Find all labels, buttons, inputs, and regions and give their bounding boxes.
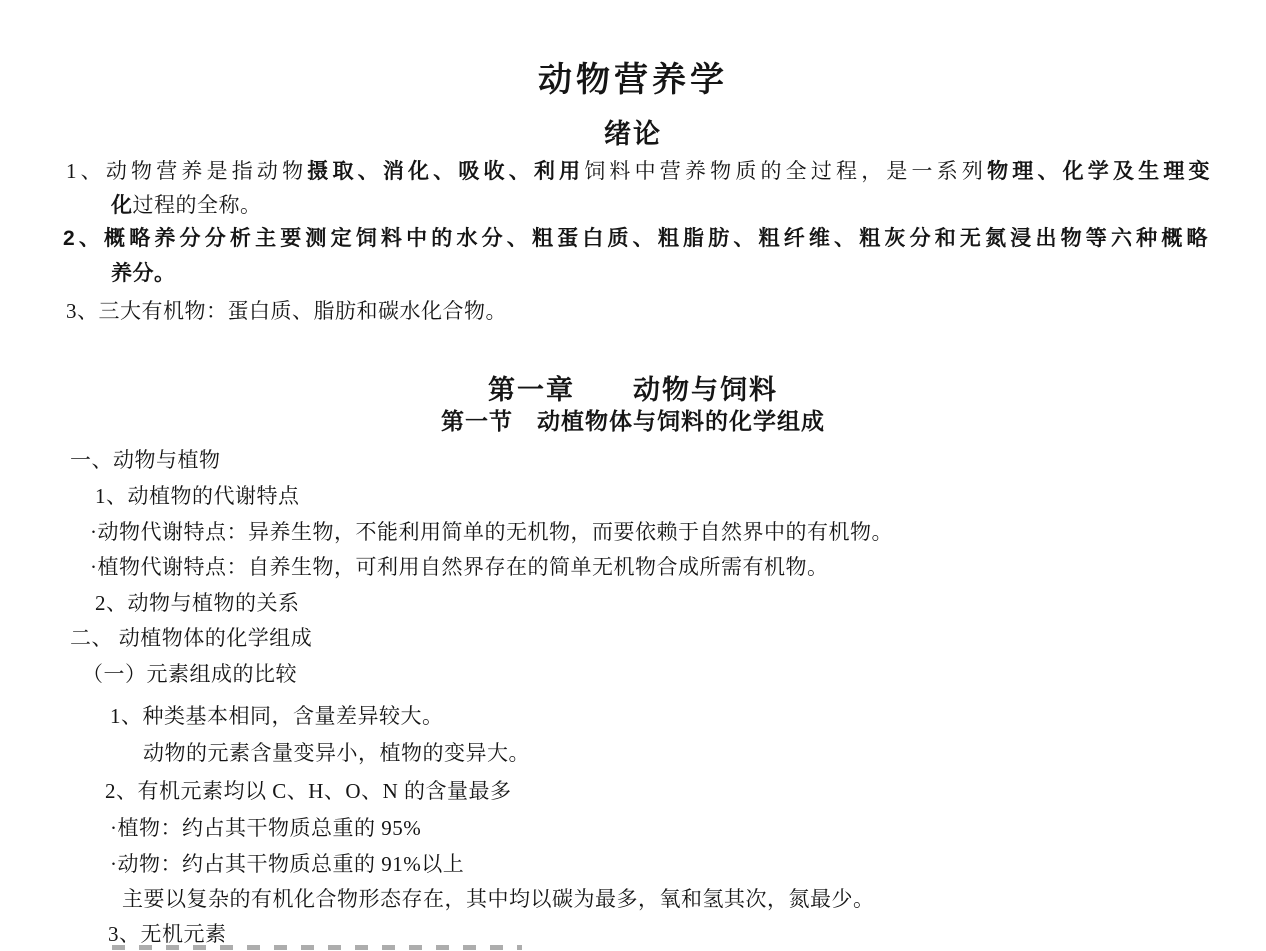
line-animal-percentage: ·动物：约占其干物质总重的 91%以上: [110, 851, 464, 877]
intro-item-1-seg-6: 过程的全称。: [133, 193, 262, 217]
line-element-comparison: （一）元素组成的比较: [82, 661, 297, 687]
intro-item-1-seg-1: 1、动物营养是指动物: [66, 159, 307, 183]
line-inorganic-elements: 3、无机元素: [108, 921, 227, 947]
line-similar-kinds: 1、种类基本相同，含量差异较大。: [110, 703, 444, 729]
intro-item-1-line-2: 化过程的全称。: [111, 192, 262, 219]
intro-heading: 绪论: [0, 112, 1266, 151]
intro-item-3: 3、三大有机物：蛋白质、脂肪和碳水化合物。: [66, 298, 507, 324]
line-plant-percentage: ·植物：约占其干物质总重的 95%: [110, 815, 421, 841]
line-plant-metabolism: ·植物代谢特点：自养生物，可利用自然界存在的简单无机物合成所需有机物。: [90, 554, 829, 580]
intro-item-1-seg-2-bold: 摄取、消化、吸收、利用: [307, 160, 584, 183]
line-chemical-composition: 二、 动植物体的化学组成: [70, 625, 312, 651]
document-page: 动物营养学 绪论 1、动物营养是指动物摄取、消化、吸收、利用饲料中营养物质的全过…: [0, 0, 1266, 951]
cutoff-line-fragment: [112, 945, 522, 950]
page-title: 动物营养学: [0, 52, 1266, 101]
intro-item-1-seg-4-bold: 物理、化学及生理变: [987, 160, 1210, 183]
section-heading: 第一节 动植物体与饲料的化学组成: [0, 403, 1266, 436]
intro-item-2-line-1: 2、概略养分分析主要测定饲料中的水分、粗蛋白质、粗脂肪、粗纤维、粗灰分和无氮浸出…: [63, 226, 1208, 252]
chapter-heading: 第一章 动物与饲料: [0, 368, 1266, 407]
intro-item-2-line-2: 养分。: [111, 261, 176, 287]
line-animal-plant-relation: 2、动物与植物的关系: [95, 590, 300, 616]
line-animals-and-plants: 一、动物与植物: [70, 447, 221, 473]
intro-item-1-line-1: 1、动物营养是指动物摄取、消化、吸收、利用饲料中营养物质的全过程，是一系列物理、…: [66, 158, 1210, 185]
line-organic-elements: 2、有机元素均以 C、H、O、N 的含量最多: [105, 778, 512, 804]
line-animal-metabolism: ·动物代谢特点：异养生物，不能利用简单的无机物，而要依赖于自然界中的有机物。: [90, 519, 893, 545]
intro-item-1-seg-3: 饲料中营养物质的全过程，是一系列: [584, 159, 987, 183]
line-variation: 动物的元素含量变异小，植物的变异大。: [143, 740, 530, 766]
line-metabolic-traits: 1、动植物的代谢特点: [95, 483, 300, 509]
intro-item-1-seg-5-bold: 化: [111, 194, 133, 217]
line-organic-compound-form: 主要以复杂的有机化合物形态存在，其中均以碳为最多，氧和氢其次，氮最少。: [122, 886, 875, 912]
